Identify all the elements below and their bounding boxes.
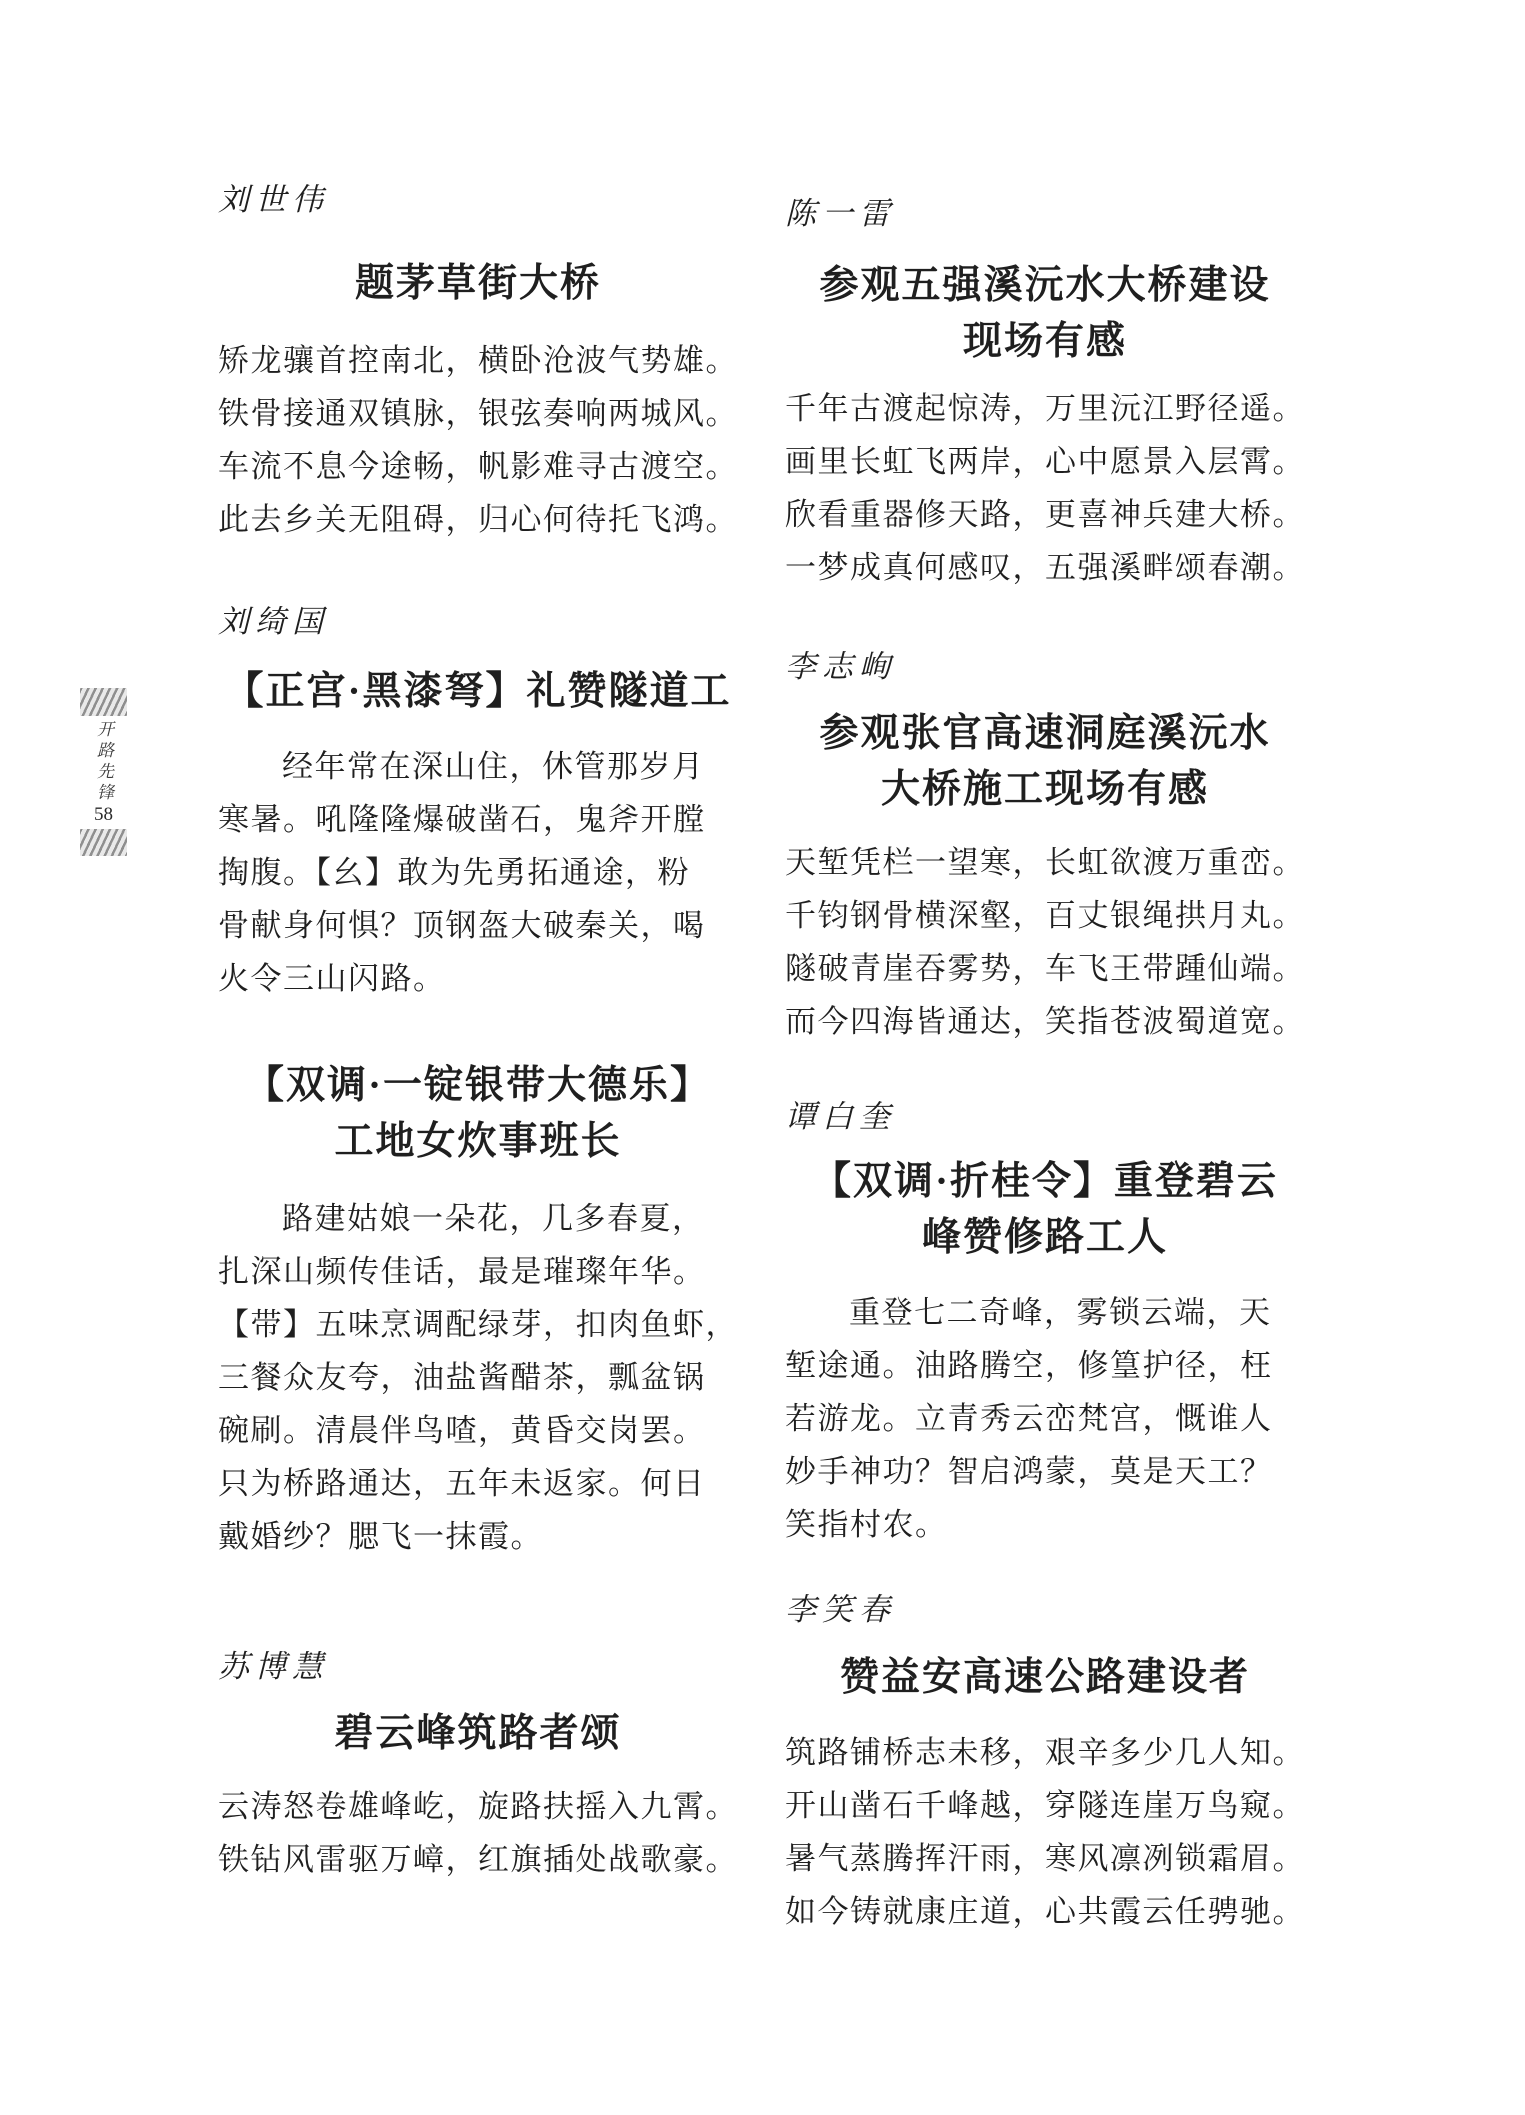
poem-line: 如今铸就康庄道，心共霞云任骋驰。 (785, 1885, 1305, 1938)
poem-line: 天堑凭栏一望寒，长虹欲渡万重峦。 (785, 836, 1305, 889)
poem-line: 骨献身何惧？顶钢盔大破秦关，喝 (218, 899, 738, 952)
poem-line: 路建姑娘一朵花，几多春夏， (218, 1192, 738, 1245)
poem-line: 扎深山频传佳话，最是璀璨年华。 (218, 1245, 738, 1298)
poem-title: 现场有感 (785, 314, 1305, 370)
poem-author: 苏博慧 (218, 1645, 738, 1689)
poem-title: 【正宫·黑漆弩】礼赞隧道工 (218, 664, 738, 720)
poem-title: 参观五强溪沅水大桥建设 (785, 258, 1305, 314)
poem-line: 一梦成真何感叹，五强溪畔颂春潮。 (785, 541, 1305, 594)
poem-line: 笑指村农。 (785, 1498, 1305, 1551)
poem-line: 只为桥路通达，五年未返家。何日 (218, 1457, 738, 1510)
poem-body: 筑路铺桥志未移，艰辛多少几人知。 开山凿石千峰越，穿隧连崖万鸟窥。 暑气蒸腾挥汗… (785, 1726, 1305, 1938)
poem-line: 重登七二奇峰，雾锁云端，天 (785, 1286, 1305, 1339)
poem-line: 而今四海皆通达，笑指苍波蜀道宽。 (785, 995, 1305, 1048)
poem-section: 刘绮国 【正宫·黑漆弩】礼赞隧道工 经年常在深山住，休管那岁月 寒暑。吼隆隆爆破… (218, 600, 738, 1005)
poem-title: 工地女炊事班长 (218, 1114, 738, 1170)
poem-title: 参观张官高速洞庭溪沅水 (785, 706, 1305, 762)
poem-author: 刘绮国 (218, 600, 738, 644)
poem-body: 矫龙骧首控南北，横卧沧波气势雄。 铁骨接通双镇脉，银弦奏响两城风。 车流不息今途… (218, 334, 738, 546)
poem-line: 妙手神功？智启鸿蒙，莫是天工？ (785, 1445, 1305, 1498)
poem-body: 天堑凭栏一望寒，长虹欲渡万重峦。 千钧钢骨横深壑，百丈银绳拱月丸。 隧破青崖吞雾… (785, 836, 1305, 1048)
poem-line: 矫龙骧首控南北，横卧沧波气势雄。 (218, 334, 738, 387)
poem-body: 重登七二奇峰，雾锁云端，天 堑途通。油路腾空，修篁护径，枉 若游龙。立青秀云峦梵… (785, 1286, 1305, 1551)
poem-line: 车流不息今途畅，帆影难寻古渡空。 (218, 440, 738, 493)
book-page: 开路先锋 58 刘世伟 题茅草街大桥 矫龙骧首控南北，横卧沧波气势雄。 铁骨接通… (0, 0, 1525, 2115)
poem-line: 铁钻风雷驱万嶂，红旗插处战歌豪。 (218, 1833, 738, 1886)
poem-body: 云涛怒卷雄峰屹，旋路扶摇入九霄。 铁钻风雷驱万嶂，红旗插处战歌豪。 (218, 1780, 738, 1886)
poem-line: 经年常在深山住，休管那岁月 (218, 740, 738, 793)
poem-author: 谭白奎 (785, 1095, 1305, 1139)
poem-author: 刘世伟 (218, 178, 738, 222)
poem-line: 云涛怒卷雄峰屹，旋路扶摇入九霄。 (218, 1780, 738, 1833)
poem-line: 碗刷。清晨伴鸟喳，黄昏交岗罢。 (218, 1404, 738, 1457)
poem-section: 苏博慧 碧云峰筑路者颂 云涛怒卷雄峰屹，旋路扶摇入九霄。 铁钻风雷驱万嶂，红旗插… (218, 1645, 738, 1886)
poem-title: 峰赞修路工人 (785, 1210, 1305, 1266)
poem-line: 此去乡关无阻碍，归心何待托飞鸿。 (218, 493, 738, 546)
poem-section: 【双调·一锭银带大德乐】 工地女炊事班长 路建姑娘一朵花，几多春夏， 扎深山频传… (218, 1058, 738, 1563)
poem-line: 堑途通。油路腾空，修篁护径，枉 (785, 1339, 1305, 1392)
poem-line: 千年古渡起惊涛，万里沅江野径遥。 (785, 382, 1305, 435)
right-column: 陈一雷 参观五强溪沅水大桥建设 现场有感 千年古渡起惊涛，万里沅江野径遥。 画里… (785, 0, 1305, 1938)
poem-line: 隧破青崖吞雾势，车飞王带踵仙端。 (785, 942, 1305, 995)
poem-line: 火令三山闪路。 (218, 952, 738, 1005)
sidebar-emblem: 开路先锋 58 (80, 688, 127, 856)
poem-body: 千年古渡起惊涛，万里沅江野径遥。 画里长虹飞两岸，心中愿景入层霄。 欣看重器修天… (785, 382, 1305, 594)
poem-title: 题茅草街大桥 (218, 256, 738, 312)
poem-line: 画里长虹飞两岸，心中愿景入层霄。 (785, 435, 1305, 488)
page-number: 58 (94, 804, 113, 826)
poem-section: 陈一雷 参观五强溪沅水大桥建设 现场有感 千年古渡起惊涛，万里沅江野径遥。 画里… (785, 192, 1305, 594)
poem-section: 刘世伟 题茅草街大桥 矫龙骧首控南北，横卧沧波气势雄。 铁骨接通双镇脉，银弦奏响… (218, 178, 738, 546)
poem-section: 李志峋 参观张官高速洞庭溪沅水 大桥施工现场有感 天堑凭栏一望寒，长虹欲渡万重峦… (785, 645, 1305, 1048)
poem-line: 寒暑。吼隆隆爆破凿石，鬼斧开膛 (218, 793, 738, 846)
poem-author: 李笑春 (785, 1588, 1305, 1632)
poem-line: 戴婚纱？腮飞一抹霞。 (218, 1510, 738, 1563)
ornament-bottom-icon (80, 829, 127, 857)
poem-title: 【双调·一锭银带大德乐】 (218, 1058, 738, 1114)
poem-line: 筑路铺桥志未移，艰辛多少几人知。 (785, 1726, 1305, 1779)
poem-line: 开山凿石千峰越，穿隧连崖万鸟窥。 (785, 1779, 1305, 1832)
poem-line: 三餐众友夸，油盐酱醋茶，瓢盆锅 (218, 1351, 738, 1404)
sidebar-emblem-body: 开路先锋 58 (80, 716, 127, 829)
poem-line: 若游龙。立青秀云峦梵宫，慨谁人 (785, 1392, 1305, 1445)
series-title-vertical: 开路先锋 (95, 720, 112, 804)
poem-line: 【带】五味烹调配绿芽，扣肉鱼虾， (218, 1298, 738, 1351)
poem-title: 碧云峰筑路者颂 (218, 1706, 738, 1762)
poem-line: 掏腹。【幺】敢为先勇拓通途，粉 (218, 846, 738, 899)
poem-body: 经年常在深山住，休管那岁月 寒暑。吼隆隆爆破凿石，鬼斧开膛 掏腹。【幺】敢为先勇… (218, 740, 738, 1005)
left-column: 刘世伟 题茅草街大桥 矫龙骧首控南北，横卧沧波气势雄。 铁骨接通双镇脉，银弦奏响… (218, 0, 738, 1886)
ornament-top-icon (80, 688, 127, 716)
poem-title: 【双调·折桂令】重登碧云 (785, 1154, 1305, 1210)
poem-line: 铁骨接通双镇脉，银弦奏响两城风。 (218, 387, 738, 440)
poem-title: 大桥施工现场有感 (785, 762, 1305, 818)
poem-title: 赞益安高速公路建设者 (785, 1650, 1305, 1706)
poem-body: 路建姑娘一朵花，几多春夏， 扎深山频传佳话，最是璀璨年华。 【带】五味烹调配绿芽… (218, 1192, 738, 1563)
poem-line: 欣看重器修天路，更喜神兵建大桥。 (785, 488, 1305, 541)
poem-section: 李笑春 赞益安高速公路建设者 筑路铺桥志未移，艰辛多少几人知。 开山凿石千峰越，… (785, 1588, 1305, 1938)
poem-author: 李志峋 (785, 645, 1305, 689)
poem-author: 陈一雷 (785, 192, 1305, 236)
poem-section: 谭白奎 【双调·折桂令】重登碧云 峰赞修路工人 重登七二奇峰，雾锁云端，天 堑途… (785, 1095, 1305, 1551)
poem-line: 千钧钢骨横深壑，百丈银绳拱月丸。 (785, 889, 1305, 942)
poem-line: 暑气蒸腾挥汗雨，寒风凛冽锁霜眉。 (785, 1832, 1305, 1885)
